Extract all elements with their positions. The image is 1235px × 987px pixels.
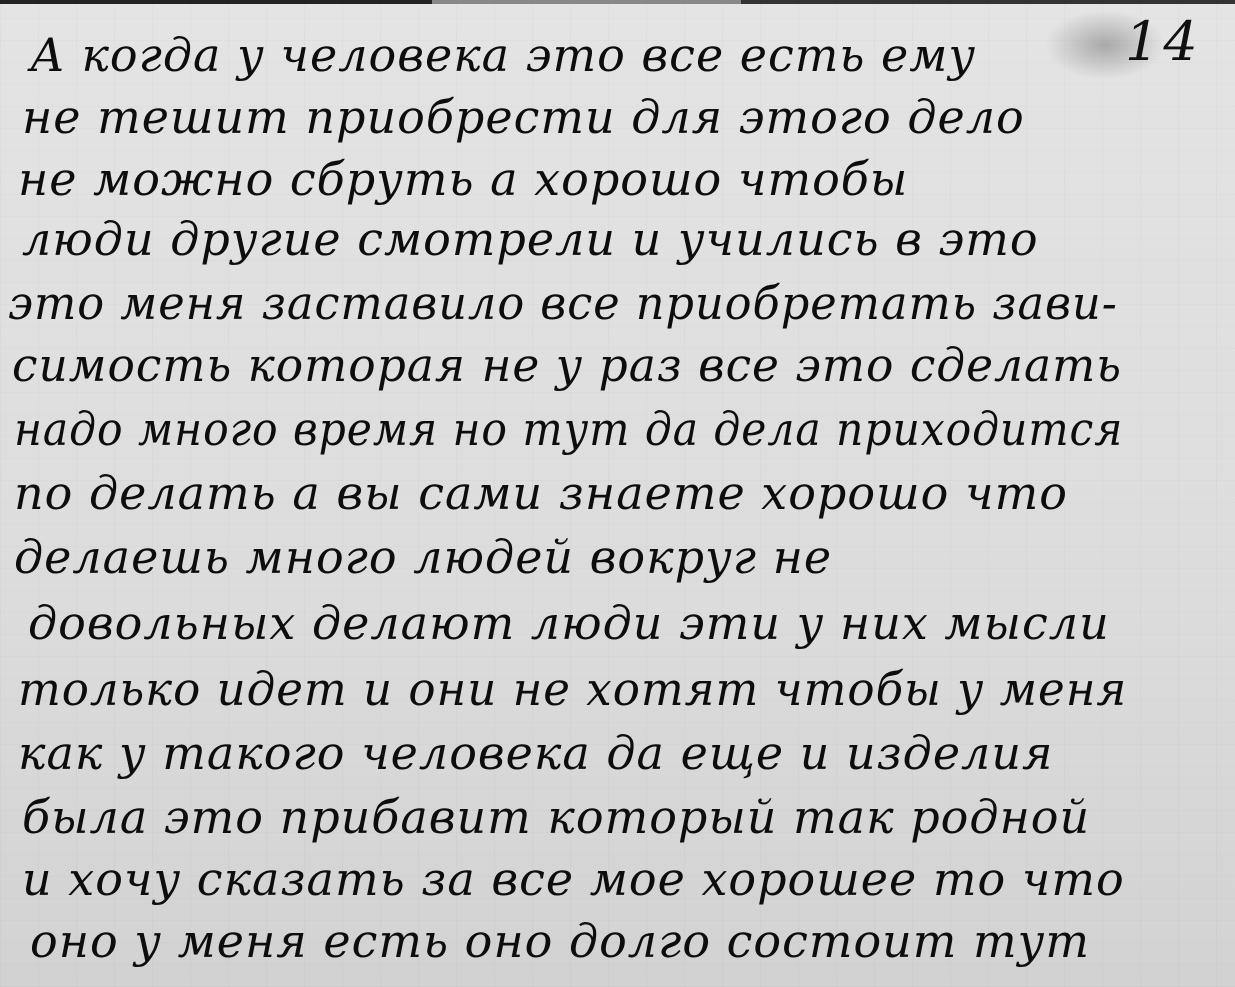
text-line: делаешь много людей вокруг не <box>14 530 832 584</box>
text-line: надо много время но тут да дела приходит… <box>14 402 1123 456</box>
text-line: это меня заставило все приобретать зави- <box>8 276 1118 330</box>
text-line: по делать а вы сами знаете хорошо что <box>14 466 1068 520</box>
text-line: как у такого человека да еще и изделия <box>18 726 1053 780</box>
text-line: довольных делают люди эти у них мысли <box>28 596 1110 650</box>
text-line: была это прибавит который так родной <box>22 790 1090 844</box>
text-line: А когда у человека это все есть ему <box>30 28 976 82</box>
handwritten-text: А когда у человека это все есть ему не т… <box>0 0 1235 987</box>
text-line: не можно сбруть а хорошо чтобы <box>18 152 908 206</box>
text-line: не тешит приобрести для этого дело <box>22 90 1025 144</box>
text-line: симость которая не у раз все это сделать <box>12 338 1122 392</box>
text-line: только идет и они не хотят чтобы у меня <box>18 662 1127 716</box>
text-line: и хочу сказать за все мое хорошее то что <box>22 852 1125 906</box>
text-line: оно у меня есть оно долго состоит тут <box>30 914 1090 968</box>
text-line: люди другие смотрели и учились в это <box>22 212 1039 266</box>
manuscript-page: 14 А когда у человека это все есть ему н… <box>0 0 1235 987</box>
